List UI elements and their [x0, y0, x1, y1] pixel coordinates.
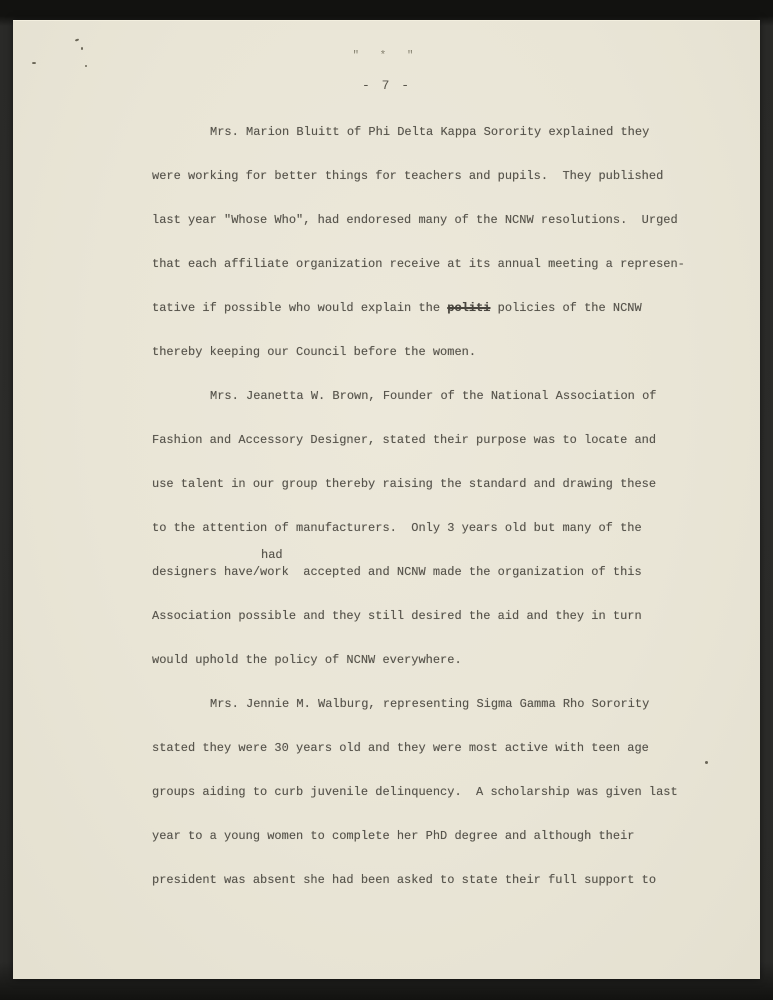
text-line: last year "Whose Who", had endoresed man… — [152, 198, 697, 242]
text-line: Association possible and they still desi… — [152, 594, 697, 638]
text-line: president was absent she had been asked … — [152, 858, 697, 902]
scanner-background: " * " - 7 - Mrs. Marion Bluitt of Phi De… — [0, 0, 773, 1000]
typewritten-text: Mrs. Marion Bluitt of Phi Delta Kappa So… — [152, 110, 697, 902]
text-line: Mrs. Jennie M. Walburg, representing Sig… — [152, 682, 697, 726]
text-line: year to a young women to complete her Ph… — [152, 814, 697, 858]
text-line: stated they were 30 years old and they w… — [152, 726, 697, 770]
text-line: thereby keeping our Council before the w… — [152, 330, 697, 374]
page-number: - 7 - — [13, 78, 760, 93]
ink-speck — [85, 65, 87, 67]
text-line: to the attention of manufacturers. Only … — [152, 506, 697, 550]
text-line: groups aiding to curb juvenile delinquen… — [152, 770, 697, 814]
text-line: that each affiliate organization receive… — [152, 242, 697, 286]
text-line: were working for better things for teach… — [152, 154, 697, 198]
text-line: Fashion and Accessory Designer, stated t… — [152, 418, 697, 462]
ink-speck — [75, 38, 79, 41]
header-marks: " * " — [13, 50, 760, 62]
text-line: would uphold the policy of NCNW everywhe… — [152, 638, 697, 682]
struck-out-word: politi — [447, 301, 490, 315]
document-page: " * " - 7 - Mrs. Marion Bluitt of Phi De… — [13, 20, 760, 979]
text-line: tative if possible who would explain the… — [152, 286, 697, 330]
ink-speck — [32, 62, 36, 64]
text-line: designers have/hadwork accepted and NCNW… — [152, 550, 697, 594]
text-line: use talent in our group thereby raising … — [152, 462, 697, 506]
ink-speck — [705, 761, 708, 764]
text-line: Mrs. Marion Bluitt of Phi Delta Kappa So… — [152, 110, 697, 154]
inserted-word: had — [261, 548, 283, 562]
text-line: Mrs. Jeanetta W. Brown, Founder of the N… — [152, 374, 697, 418]
